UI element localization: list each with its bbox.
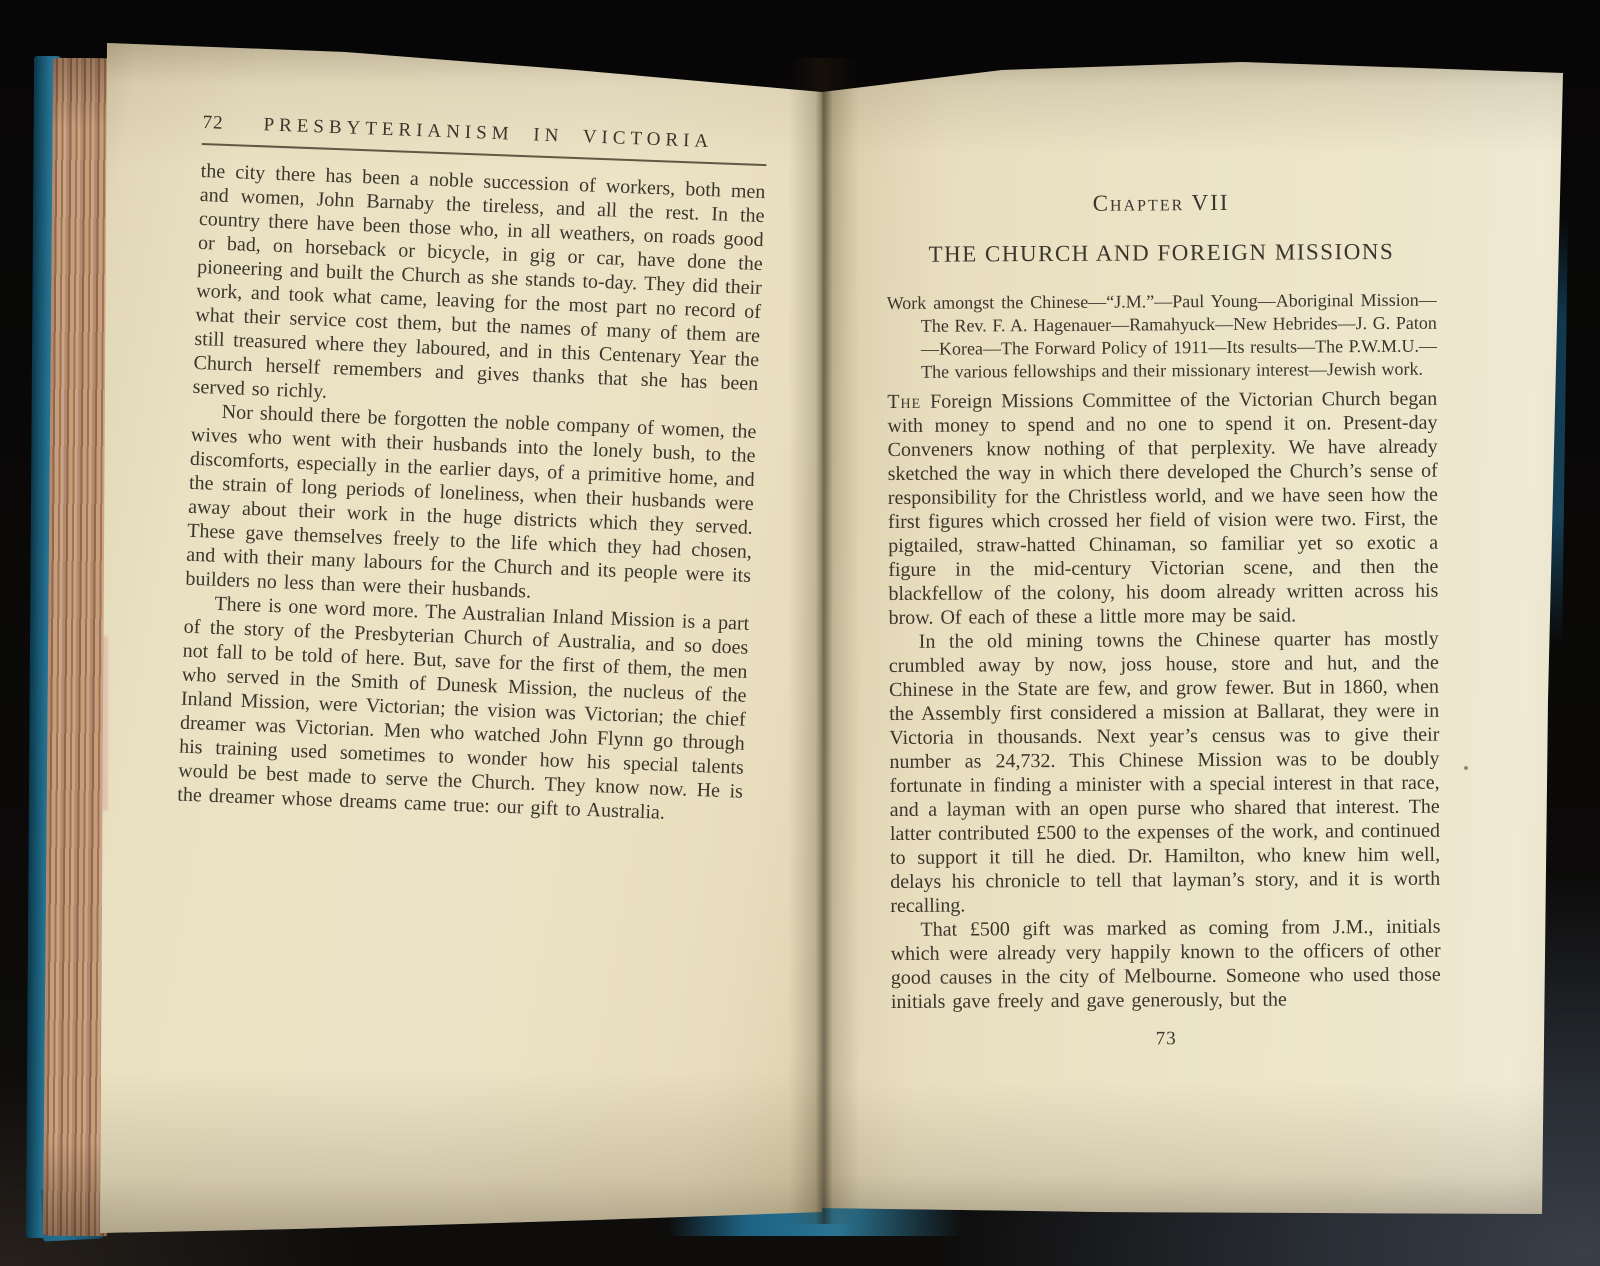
page-fleck xyxy=(1464,766,1468,770)
running-title: PRESBYTERIANISM IN VICTORIA xyxy=(263,114,713,153)
left-page: 72 PRESBYTERIANISM IN VICTORIA the city … xyxy=(95,36,825,1238)
paragraph: That £500 gift was marked as coming from… xyxy=(890,915,1441,1014)
chapter-title: THE CHURCH AND FOREIGN MISSIONS xyxy=(886,237,1436,270)
right-page: Chapter VII THE CHURCH AND FOREIGN MISSI… xyxy=(822,50,1570,1222)
left-page-number: 72 xyxy=(202,112,224,135)
paragraph: In the old mining towns the Chinese quar… xyxy=(889,627,1441,918)
paragraph: The Foreign Missions Committee of the Vi… xyxy=(887,387,1438,630)
book-photo: 72 PRESBYTERIANISM IN VICTORIA the city … xyxy=(0,0,1600,1266)
right-page-text-block: Chapter VII THE CHURCH AND FOREIGN MISSI… xyxy=(886,189,1441,1052)
left-page-text-block: 72 PRESBYTERIANISM IN VICTORIA the city … xyxy=(177,112,768,828)
chapter-label: Chapter VII xyxy=(886,189,1436,218)
paragraph-lead-smallcaps: The xyxy=(887,391,921,413)
running-header: 72 PRESBYTERIANISM IN VICTORIA xyxy=(202,112,768,166)
paragraph-text: Foreign Missions Committee of the Victor… xyxy=(887,388,1438,629)
paragraph: the city there has been a noble successi… xyxy=(192,159,766,420)
right-page-number: 73 xyxy=(891,1027,1441,1052)
chapter-synopsis: Work amongst the Chinese—“J.M.”—Paul You… xyxy=(887,289,1438,384)
paragraph: There is one word more. The Australian I… xyxy=(177,591,750,828)
paragraph: Nor should there be forgotten the noble … xyxy=(185,399,757,612)
